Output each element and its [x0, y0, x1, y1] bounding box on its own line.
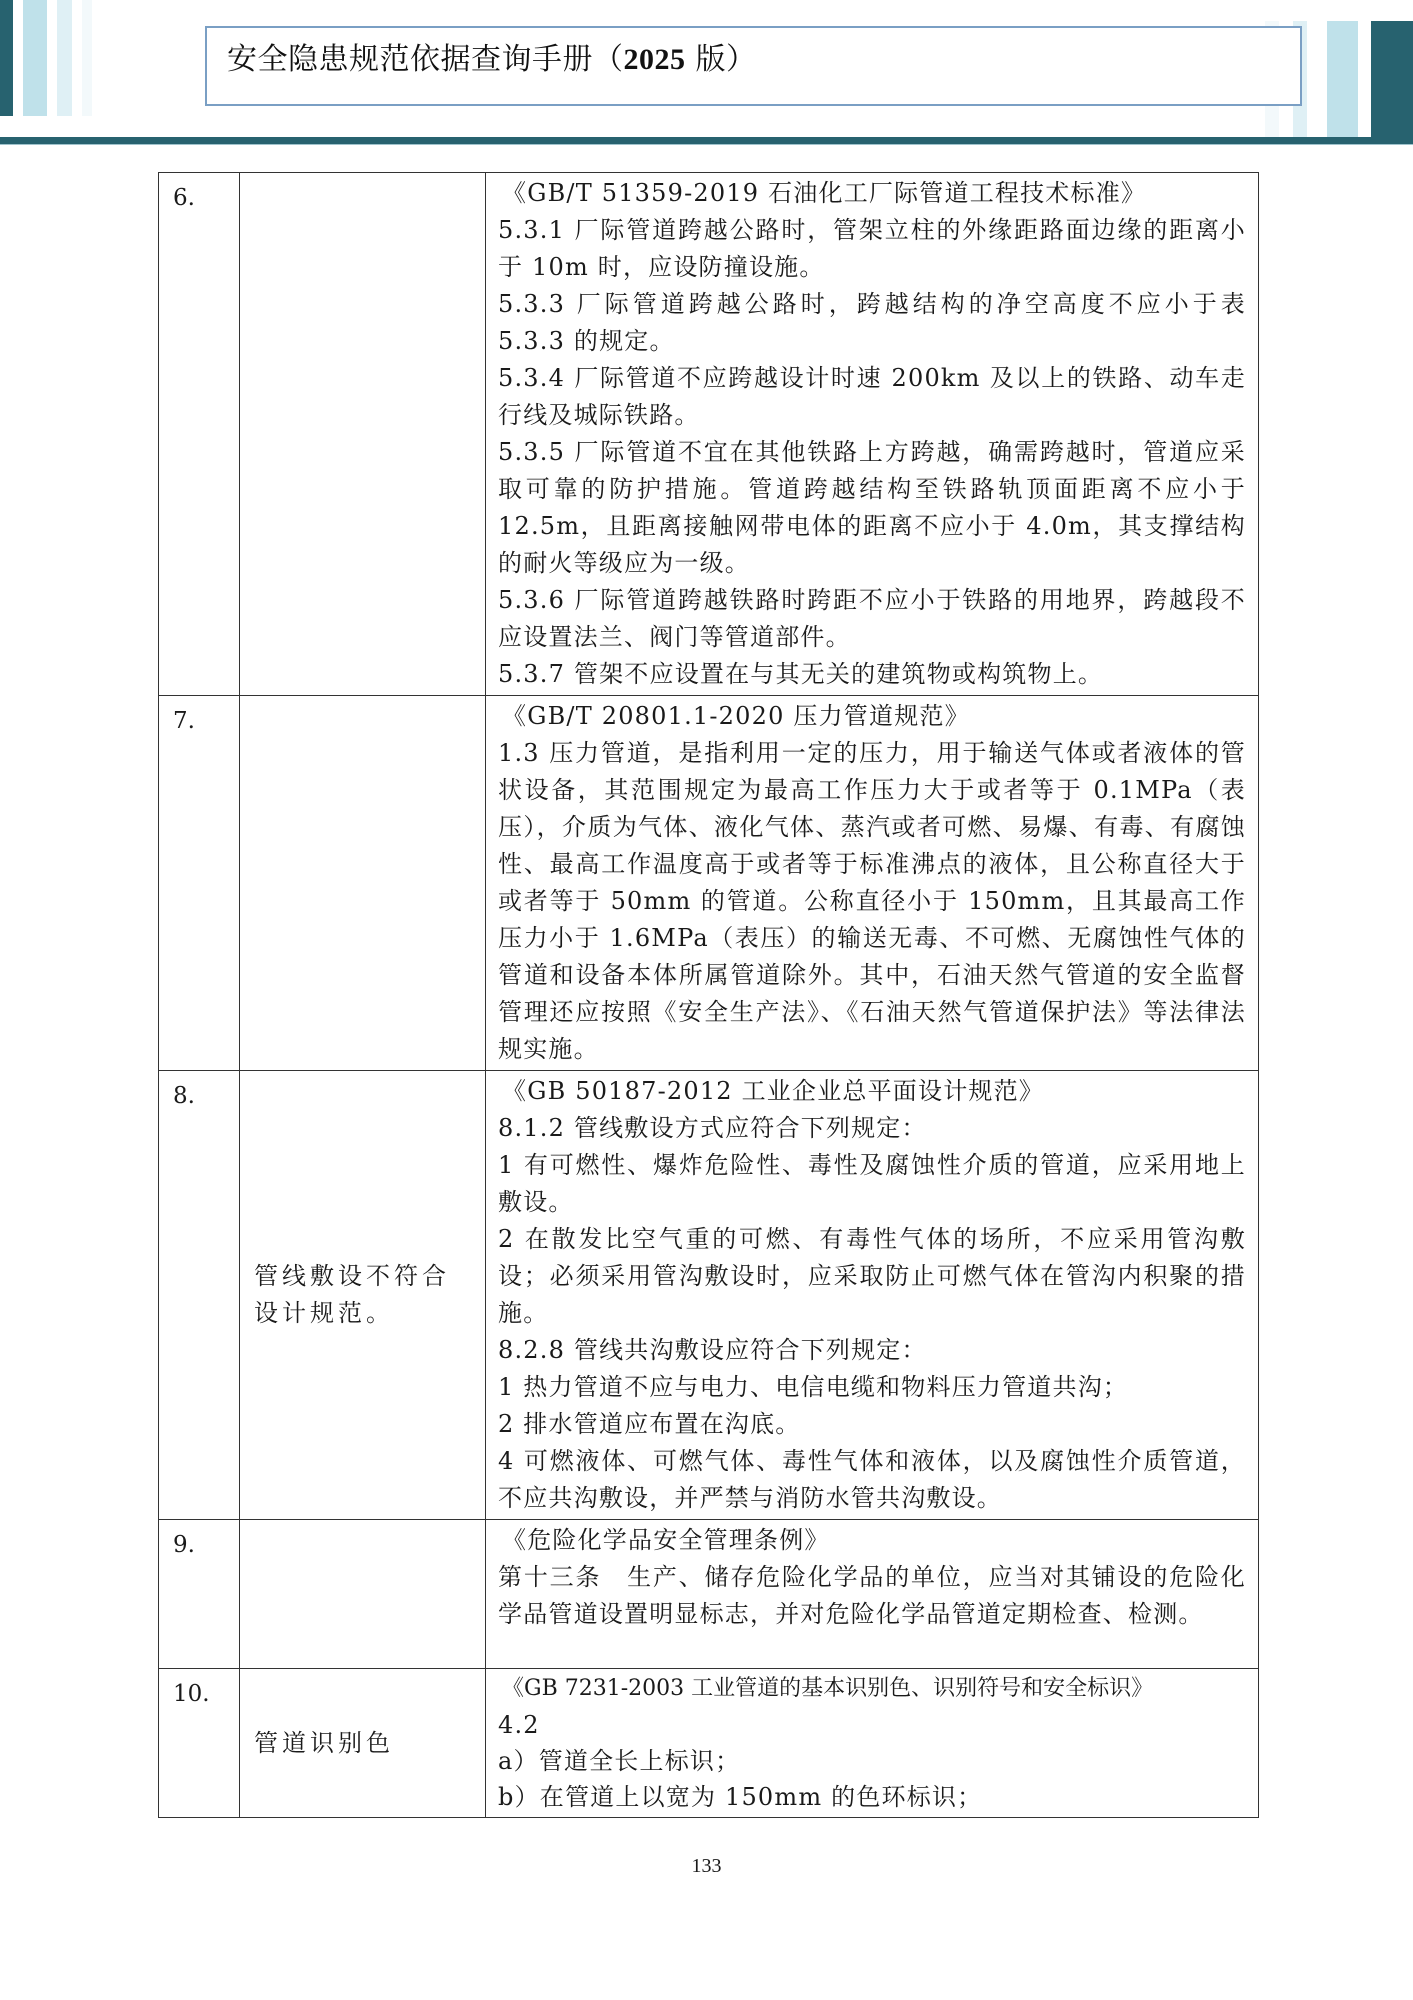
basis-text: 《危险化学品安全管理条例》 第十三条 生产、储存危险化学品的单位，应当对其铺设的…	[486, 1520, 1258, 1635]
basis-text: 《GB 50187-2012 工业企业总平面设计规范》 8.1.2 管线敷设方式…	[486, 1071, 1258, 1519]
issue-cell	[240, 1520, 486, 1669]
row-number-cell: 6.	[159, 173, 240, 696]
basis-text: 《GB/T 51359-2019 石油化工厂际管道工程技术标准》 5.3.1 厂…	[486, 173, 1258, 695]
issue-text: 管道识别色	[240, 1725, 485, 1762]
issue-cell	[240, 696, 486, 1071]
table-row: 9. 《危险化学品安全管理条例》 第十三条 生产、储存危险化学品的单位，应当对其…	[159, 1520, 1259, 1669]
row-number: 8.	[159, 1071, 239, 1111]
basis-cell: 《GB 7231-2003 工业管道的基本识别色、识别符号和安全标识》 4.2 …	[486, 1669, 1259, 1818]
document-title: 安全隐患规范依据查询手册（2025 版）	[227, 42, 757, 78]
issue-cell: 管线敷设不符合设计规范。	[240, 1071, 486, 1520]
standard-title: 《GB 7231-2003 工业管道的基本识别色、识别符号和安全标识》	[498, 1671, 1246, 1707]
clause: 5.3.7 管架不应设置在与其无关的建筑物或构筑物上。	[498, 656, 1246, 693]
clause: 1 热力管道不应与电力、电信电缆和物料压力管道共沟；	[498, 1369, 1246, 1406]
row-number: 10.	[159, 1669, 239, 1709]
clause: 1.3 压力管道，是指利用一定的压力，用于输送气体或者液体的管状设备，其范围规定…	[498, 735, 1246, 1068]
row-number-cell: 8.	[159, 1071, 240, 1520]
row-number: 6.	[159, 173, 239, 213]
row-number-cell: 10.	[159, 1669, 240, 1818]
basis-text: 《GB/T 20801.1-2020 压力管道规范》 1.3 压力管道，是指利用…	[486, 696, 1258, 1070]
header-bar-dark-right	[1371, 21, 1413, 144]
standard-title: 《危险化学品安全管理条例》	[498, 1522, 1246, 1559]
basis-cell: 《GB/T 20801.1-2020 压力管道规范》 1.3 压力管道，是指利用…	[486, 696, 1259, 1071]
clause: 8.2.8 管线共沟敷设应符合下列规定：	[498, 1332, 1246, 1369]
issue-text: 管线敷设不符合设计规范。	[240, 1258, 485, 1332]
clause: a）管道全长上标识；	[498, 1743, 1246, 1779]
clause: 5.3.4 厂际管道不应跨越设计时速 200km 及以上的铁路、动车走行线及城际…	[498, 360, 1246, 434]
standard-title: 《GB/T 20801.1-2020 压力管道规范》	[498, 698, 1246, 735]
table-row: 7. 《GB/T 20801.1-2020 压力管道规范》 1.3 压力管道，是…	[159, 696, 1259, 1071]
issue-cell	[240, 173, 486, 696]
table-row: 8. 管线敷设不符合设计规范。 《GB 50187-2012 工业企业总平面设计…	[159, 1071, 1259, 1520]
header-bar-light-right	[1327, 21, 1358, 137]
header-title-box: 安全隐患规范依据查询手册（2025 版）	[205, 26, 1302, 106]
clause: 1 有可燃性、爆炸危险性、毒性及腐蚀性介质的管道，应采用地上敷设。	[498, 1147, 1246, 1221]
clause: 5.3.1 厂际管道跨越公路时，管架立柱的外缘距路面边缘的距离小于 10m 时，…	[498, 212, 1246, 286]
row-number: 7.	[159, 696, 239, 736]
clause: 8.1.2 管线敷设方式应符合下列规定：	[498, 1110, 1246, 1147]
regulation-table: 6. 《GB/T 51359-2019 石油化工厂际管道工程技术标准》 5.3.…	[158, 172, 1259, 1818]
clause: 5.3.3 厂际管道跨越公路时，跨越结构的净空高度不应小于表 5.3.3 的规定…	[498, 286, 1246, 360]
clause: 2 排水管道应布置在沟底。	[498, 1406, 1246, 1443]
standard-title: 《GB/T 51359-2019 石油化工厂际管道工程技术标准》	[498, 175, 1246, 212]
issue-cell: 管道识别色	[240, 1669, 486, 1818]
clause: 4.2	[498, 1707, 1246, 1743]
clause: 5.3.5 厂际管道不宜在其他铁路上方跨越，确需跨越时，管道应采取可靠的防护措施…	[498, 434, 1246, 582]
header-bar-light-left	[23, 0, 47, 116]
header-rule	[0, 137, 1413, 144]
row-number-cell: 7.	[159, 696, 240, 1071]
basis-cell: 《危险化学品安全管理条例》 第十三条 生产、储存危险化学品的单位，应当对其铺设的…	[486, 1520, 1259, 1669]
header-rule-highlight	[0, 144, 1413, 145]
standard-title: 《GB 50187-2012 工业企业总平面设计规范》	[498, 1073, 1246, 1110]
clause: b）在管道上以宽为 150mm 的色环标识；	[498, 1779, 1246, 1815]
header-bar-faint-left	[82, 0, 92, 116]
basis-cell: 《GB/T 51359-2019 石油化工厂际管道工程技术标准》 5.3.1 厂…	[486, 173, 1259, 696]
clause: 5.3.6 厂际管道跨越铁路时跨距不应小于铁路的用地界，跨越段不应设置法兰、阀门…	[498, 582, 1246, 656]
page-number: 133	[0, 1855, 1413, 1878]
clause: 4 可燃液体、可燃气体、毒性气体和液体，以及腐蚀性介质管道，不应共沟敷设，并严禁…	[498, 1443, 1246, 1517]
table-row: 10. 管道识别色 《GB 7231-2003 工业管道的基本识别色、识别符号和…	[159, 1669, 1259, 1818]
clause: 第十三条 生产、储存危险化学品的单位，应当对其铺设的危险化学品管道设置明显标志，…	[498, 1559, 1246, 1633]
row-number-cell: 9.	[159, 1520, 240, 1669]
title-main: 安全隐患规范依据查询手册（	[227, 42, 624, 77]
title-suffix: 版）	[686, 42, 757, 77]
basis-text: 《GB 7231-2003 工业管道的基本识别色、识别符号和安全标识》 4.2 …	[486, 1669, 1258, 1817]
table-row: 6. 《GB/T 51359-2019 石油化工厂际管道工程技术标准》 5.3.…	[159, 173, 1259, 696]
row-number: 9.	[159, 1520, 239, 1560]
header-bar-pale-left	[57, 0, 72, 116]
clause: 2 在散发比空气重的可燃、有毒性气体的场所，不应采用管沟敷设；必须采用管沟敷设时…	[498, 1221, 1246, 1332]
basis-cell: 《GB 50187-2012 工业企业总平面设计规范》 8.1.2 管线敷设方式…	[486, 1071, 1259, 1520]
title-year: 2025	[624, 43, 686, 76]
header-bar-dark-left	[0, 0, 13, 116]
